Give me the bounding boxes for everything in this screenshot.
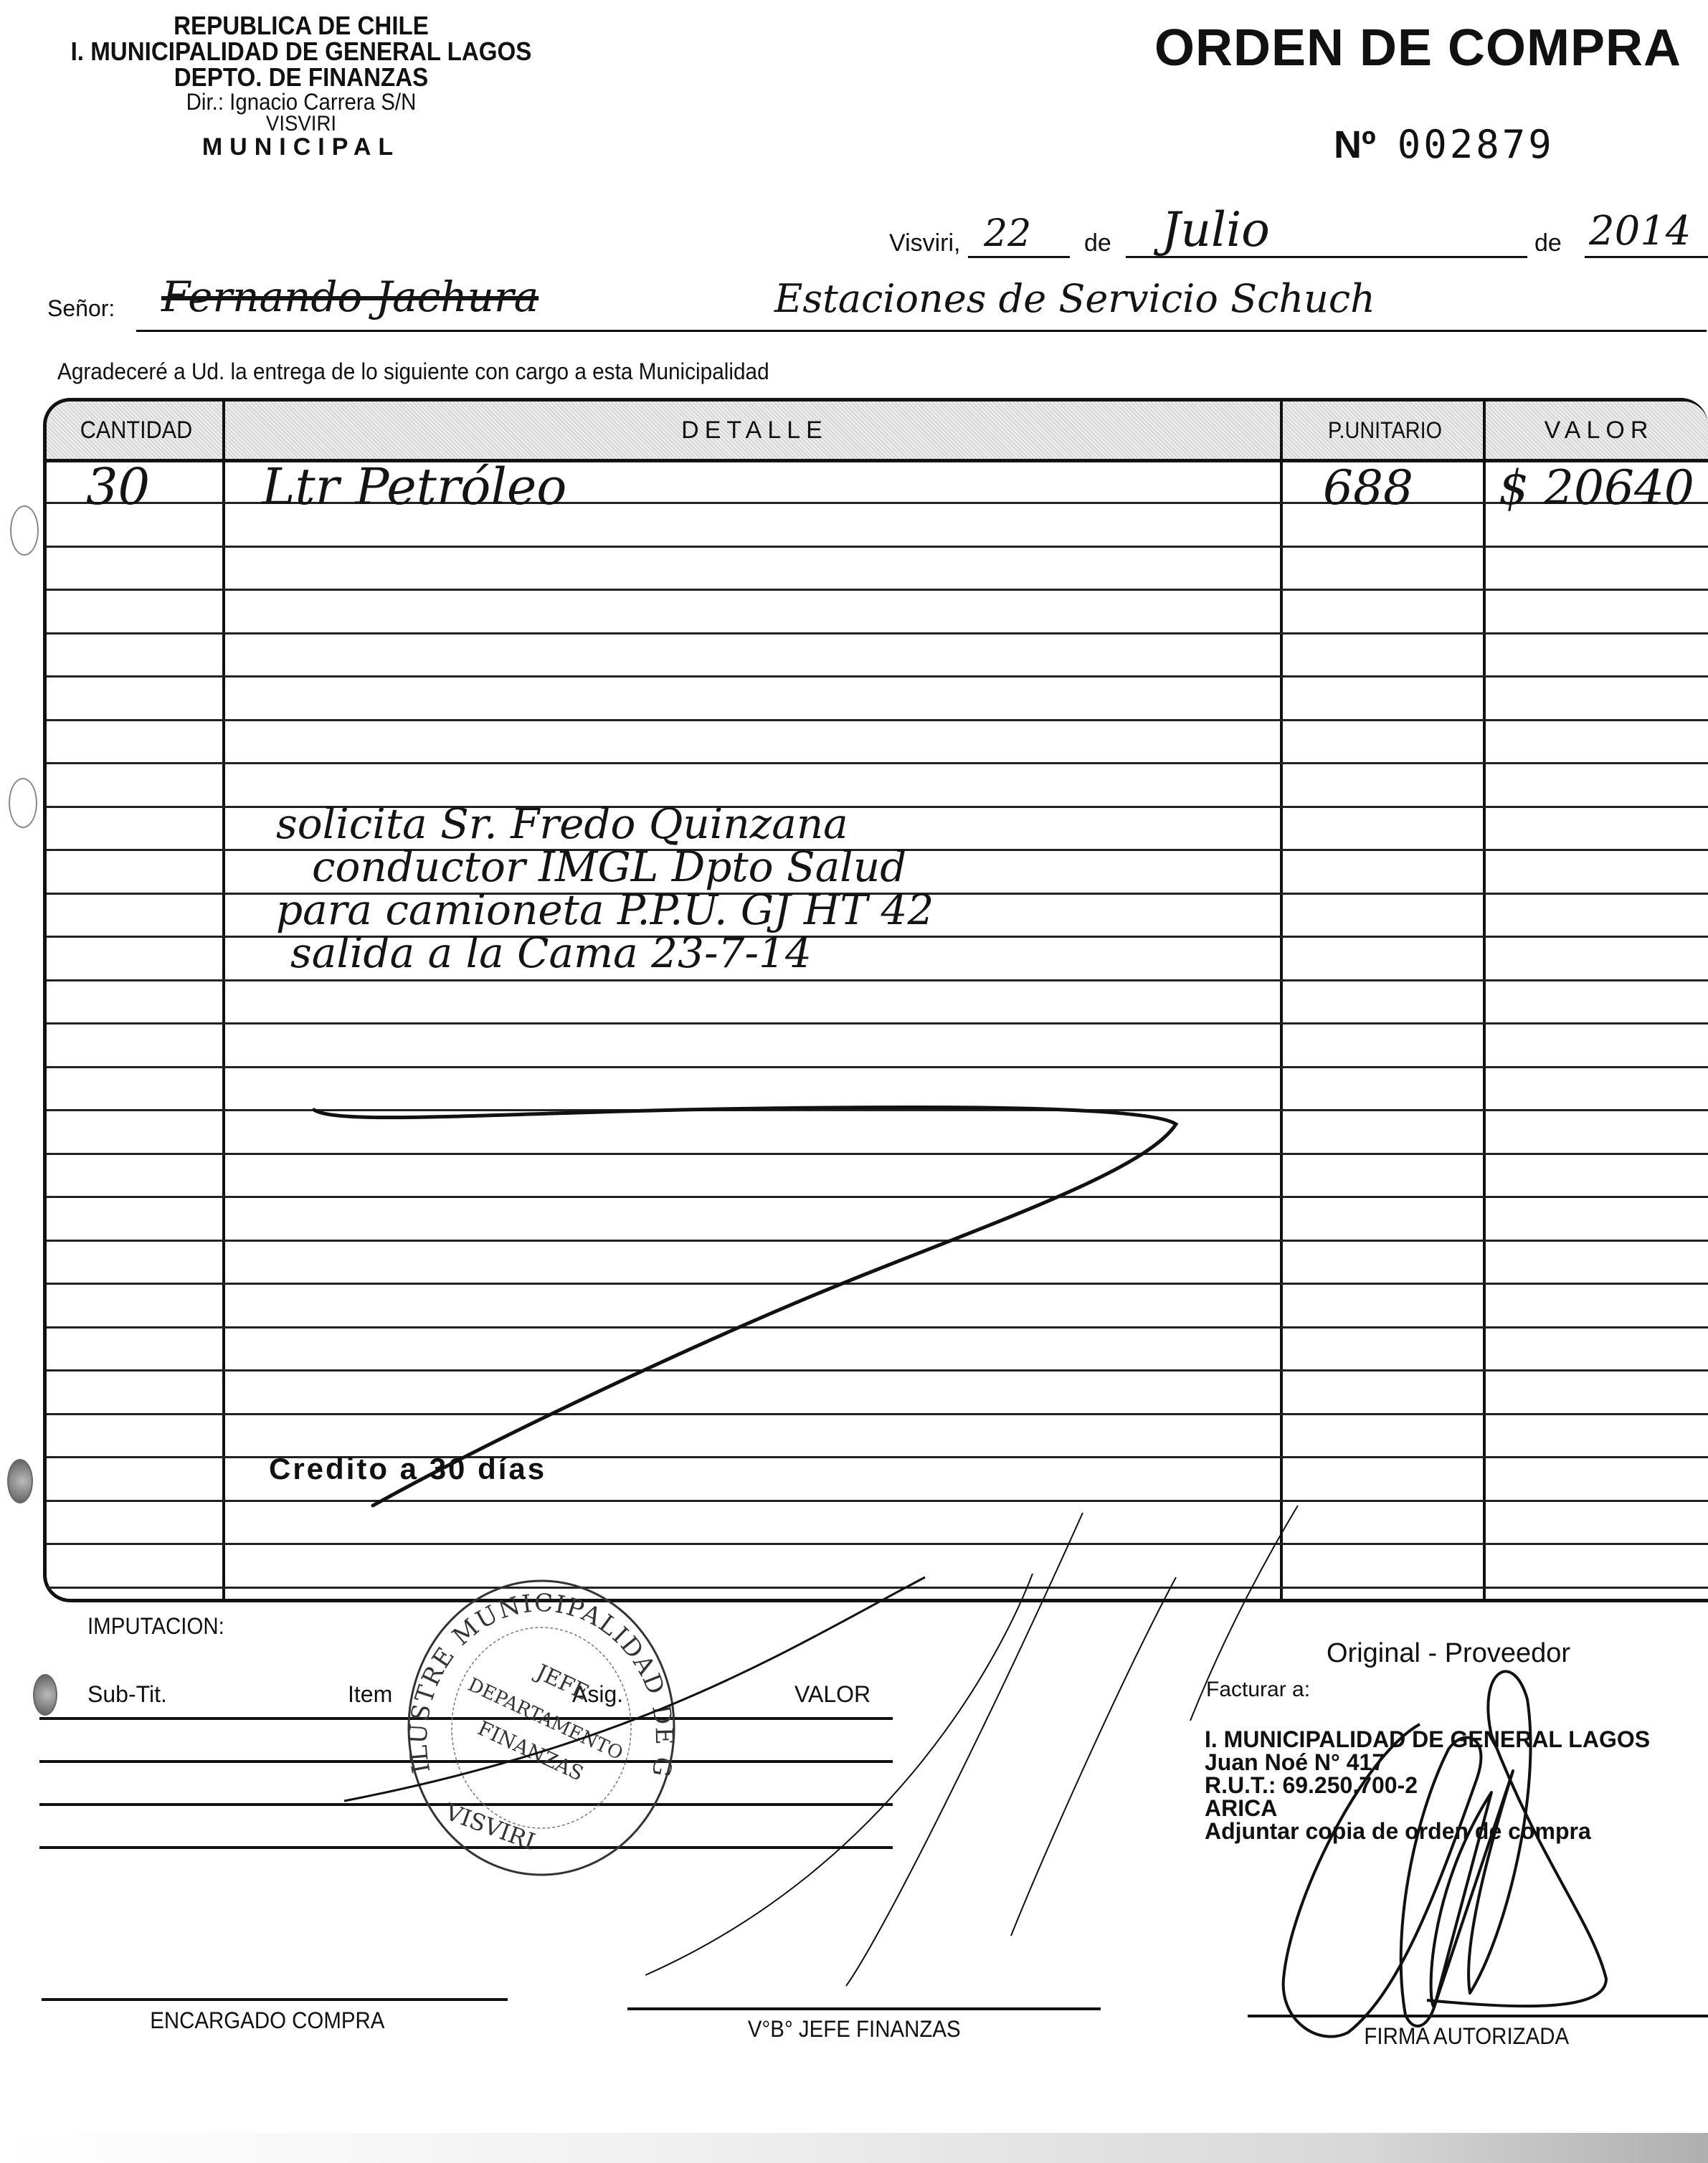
row-line (47, 1587, 1708, 1589)
credit-terms: Credito a 30 días (269, 1452, 546, 1486)
order-number-label: Nº (1334, 123, 1376, 166)
row-line (47, 1240, 1708, 1242)
binder-hole (10, 505, 39, 556)
table-header: CANTIDAD DETALLE P.UNITARIO VALOR (47, 401, 1708, 462)
document-title: ORDEN DE COMPRA (1154, 19, 1681, 77)
row-line (47, 1283, 1708, 1285)
month-field[interactable]: Julio (1126, 215, 1527, 258)
row-line (47, 1109, 1708, 1111)
signature-line-jefe (627, 2007, 1101, 2010)
column-divider (222, 401, 225, 1599)
column-header-p-unitario: P.UNITARIO (1294, 401, 1476, 459)
binder-hole (7, 1459, 33, 1503)
row-1-cantidad[interactable]: 30 (86, 457, 150, 516)
row-line (47, 632, 1708, 634)
row-line (47, 589, 1708, 591)
row-line (47, 1022, 1708, 1025)
imputacion-label: IMPUTACION: (87, 1613, 224, 1640)
billing-line: Juan Noé N° 417 (1205, 1751, 1650, 1774)
signature-line-encargado (42, 1998, 508, 2001)
year-value: 2014 (1589, 208, 1692, 255)
row-line (47, 675, 1708, 678)
signature-label-firma: FIRMA AUTORIZADA (1364, 2023, 1569, 2050)
facturar-label: Facturar a: (1206, 1678, 1310, 1702)
scan-edge-shadow (0, 2133, 1708, 2163)
recipient-value[interactable]: Estaciones de Servicio Schuch (774, 276, 1375, 321)
imputacion-col-subtit: Sub-Tit. (87, 1681, 167, 1708)
row-1-valor[interactable]: $ 20640 (1499, 460, 1694, 515)
signature-line-firma (1248, 2015, 1708, 2017)
header-type: MUNICIPAL (43, 135, 559, 159)
month-value: Julio (1162, 202, 1270, 257)
billing-line: I. MUNICIPALIDAD DE GENERAL LAGOS (1205, 1728, 1650, 1751)
imputacion-row-line (39, 1846, 893, 1849)
billing-line: ARICA (1205, 1797, 1650, 1820)
billing-line: R.U.T.: 69.250.700-2 (1205, 1774, 1650, 1797)
binder-hole (9, 778, 37, 828)
imputacion-col-valor: VALOR (794, 1681, 870, 1708)
row-line (47, 762, 1708, 764)
column-header-valor: VALOR (1486, 401, 1708, 459)
country-name: REPUBLICA DE CHILE (64, 13, 539, 39)
de-label-1: de (1084, 229, 1111, 257)
de-label-2: de (1534, 229, 1562, 257)
row-line (47, 1326, 1708, 1328)
svg-text:ILUSTRE MUNICIPALIDAD DE GENER: ILUSTRE MUNICIPALIDAD DE GENERAL LAGOS (404, 1589, 679, 1780)
imputacion-row-line (39, 1803, 893, 1806)
day-value: 22 (984, 212, 1031, 255)
imputacion-row-line (39, 1760, 893, 1763)
row-1-detalle[interactable]: Ltr Petróleo (262, 457, 566, 516)
recipient-label: Señor: (47, 295, 115, 322)
year-field[interactable]: 2014 (1585, 215, 1708, 258)
copy-label: Original - Proveedor (1327, 1638, 1570, 1669)
imputacion-col-item: Item (348, 1681, 392, 1708)
row-line (47, 719, 1708, 721)
address: Dir.: Ignacio Carrera S/N (64, 90, 539, 113)
svg-text:FINANZAS: FINANZAS (474, 1716, 587, 1786)
municipality-header: REPUBLICA DE CHILE I. MUNICIPALIDAD DE G… (43, 13, 559, 159)
imputacion-col-asig: Asig. (572, 1681, 623, 1708)
column-header-cantidad: CANTIDAD (56, 401, 217, 459)
column-header-detalle: DETALLE (226, 401, 1284, 459)
order-number-value: 002879 (1398, 122, 1555, 167)
note-line-3: para camioneta P.P.U. GJ HT 42 (276, 885, 934, 934)
row-line (47, 1066, 1708, 1068)
date-row: Visviri, 22 de Julio de 2014 (889, 215, 1708, 265)
order-number: Nº002879 (1334, 122, 1555, 167)
row-line (47, 979, 1708, 981)
row-line (47, 1500, 1708, 1502)
note-line-1: solicita Sr. Fredo Quinzana (276, 799, 848, 848)
signature-label-jefe: V°B° JEFE FINANZAS (748, 2016, 961, 2043)
department-name: DEPTO. DE FINANZAS (64, 65, 539, 90)
row-1-p-unitario[interactable]: 688 (1323, 460, 1413, 515)
column-divider (1280, 401, 1283, 1599)
day-field[interactable]: 22 (968, 215, 1070, 258)
row-line (47, 546, 1708, 548)
items-table: CANTIDAD DETALLE P.UNITARIO VALOR 30 Ltr… (43, 398, 1708, 1602)
column-divider (1483, 401, 1486, 1599)
municipal-stamp-icon: ILUSTRE MUNICIPALIDAD DE GENERAL LAGOS J… (404, 1581, 679, 1875)
signature-label-encargado: ENCARGADO COMPRA (150, 2007, 384, 2034)
place-label: Visviri, (889, 229, 961, 257)
recipient-underline (136, 330, 1707, 332)
row-line (47, 1196, 1708, 1198)
row-line (47, 1153, 1708, 1155)
city: VISVIRI (64, 113, 539, 135)
binder-hole (33, 1674, 57, 1716)
row-line (47, 1543, 1708, 1545)
municipality-name: I. MUNICIPALIDAD DE GENERAL LAGOS (64, 39, 539, 65)
intro-text: Agradeceré a Ud. la entrega de lo siguie… (57, 358, 769, 385)
note-line-2: conductor IMGL Dpto Salud (312, 842, 906, 891)
row-line (47, 1413, 1708, 1415)
imputacion-row-line (39, 1717, 893, 1720)
billing-address: I. MUNICIPALIDAD DE GENERAL LAGOS Juan N… (1205, 1728, 1650, 1843)
note-line-4: salida a la Cama 23-7-14 (290, 928, 812, 977)
billing-line: Adjuntar copia de orden de compra (1205, 1820, 1650, 1843)
recipient-struck-out: Fernando Jachura (161, 272, 539, 321)
row-line (47, 1369, 1708, 1372)
